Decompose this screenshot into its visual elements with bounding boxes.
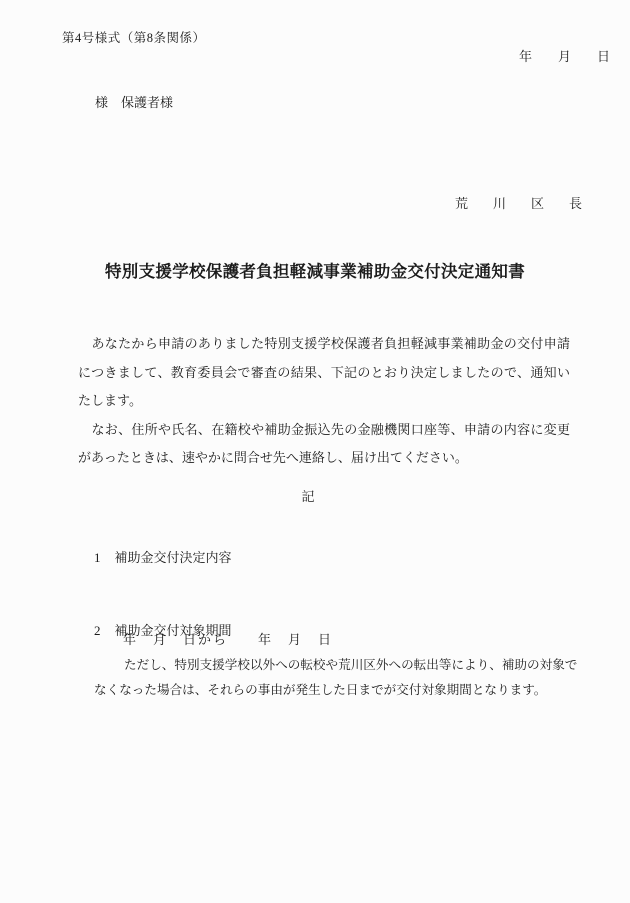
item-2-number: 2: [94, 623, 101, 638]
document-title: 特別支援学校保護者負担軽減事業補助金交付決定通知書: [0, 258, 630, 282]
subsidy-period-line: 年 月 日から 年 月 日: [123, 629, 333, 648]
item-1-number: 1: [94, 550, 101, 565]
addressee-line: 様 保護者様: [95, 92, 173, 111]
document-page: 第4号様式（第8条関係） 年 月 日 様 保護者様 荒 川 区 長 特別支援学校…: [0, 0, 630, 903]
item-1-row: 1補助金交付決定内容: [81, 531, 232, 582]
sender-line: 荒 川 区 長: [455, 193, 588, 212]
period-note-line-2: なくなった場合は、それらの事由が発生した日までが交付対象期間となります。: [94, 679, 546, 698]
record-marker: 記: [0, 486, 616, 505]
issue-date-line: 年 月 日: [519, 46, 610, 65]
body-text: あなたから申請のありました特別支援学校保護者負担軽減事業補助金の交付申請につきま…: [78, 330, 570, 473]
item-1-heading: 補助金交付決定内容: [115, 550, 232, 565]
body-paragraph-1: あなたから申請のありました特別支援学校保護者負担軽減事業補助金の交付申請につきま…: [78, 330, 570, 416]
form-number: 第4号様式（第8条関係）: [62, 28, 206, 46]
period-note-line-1: ただし、特別支援学校以外への転校や荒川区外への転出等により、補助の対象で: [124, 654, 577, 673]
body-paragraph-2: なお、住所や氏名、在籍校や補助金振込先の金融機関口座等、申請の内容に変更があった…: [78, 416, 570, 473]
